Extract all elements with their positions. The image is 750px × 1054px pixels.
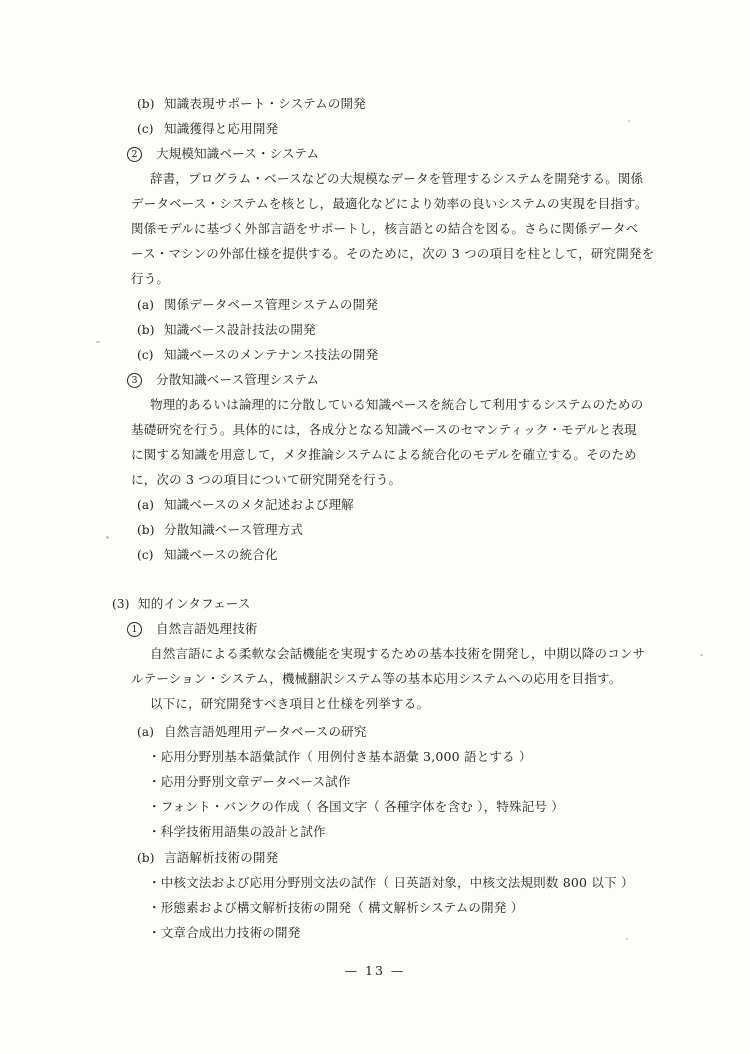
subsection-heading: 2大規模知識ベース・システム: [0, 141, 750, 166]
list-item: (b)知識表現サポート・システムの開発: [0, 91, 750, 116]
paragraph-line: ルテーション・システム，機械翻訳システム等の基本応用システムへの応用を目指す。: [0, 666, 750, 691]
list-item: (c)知識ベースの統合化: [0, 542, 750, 567]
paragraph-line: 以下に，研究開発すべき項目と仕様を列挙する。: [0, 691, 750, 716]
document-page: (b)知識表現サポート・システムの開発 (c)知識獲得と応用開発 2大規模知識ベ…: [0, 0, 750, 1054]
item-marker: (c): [137, 343, 164, 368]
list-item: (b)分散知識ベース管理方式: [0, 517, 750, 542]
item-marker: (b): [137, 92, 164, 117]
item-text: 関係データベース管理システムの開発: [164, 297, 378, 312]
paragraph-line: データベース・システムを核とし，最適化などにより効率の良いシステムの実現を目指す…: [0, 191, 750, 216]
subsection-title: 分散知識ベース管理システム: [156, 372, 319, 387]
scan-speck: [626, 938, 628, 940]
item-text: 知識表現サポート・システムの開発: [164, 96, 366, 111]
subsection-title: 自然言語処理技術: [156, 621, 258, 636]
item-marker: (b): [137, 518, 164, 543]
bullet-item: ・中核文法および応用分野別文法の試作（ 日英語対象，中核文法規則数 800 以下…: [0, 870, 750, 895]
item-text: 知識ベースのメンテナンス技法の開発: [164, 347, 378, 362]
scan-speck: [486, 906, 488, 908]
bullet-item: ・応用分野別基本語彙試作（ 用例付き基本語彙 3,000 語とする ）: [0, 744, 750, 769]
circled-number-icon: 3: [127, 373, 142, 388]
item-marker: (a): [137, 293, 164, 318]
list-item: (a)自然言語処理用データベースの研究: [0, 719, 750, 744]
item-text: 自然言語処理用データベースの研究: [164, 724, 367, 739]
paragraph-line: 基礎研究を行う。具体的には，各成分となる知識ベースのセマンティック・モデルと表現: [0, 417, 750, 442]
paragraph-line: 物理的あるいは論理的に分散している知識ベースを統合して利用するシステムのための: [0, 392, 750, 417]
item-marker: (c): [137, 543, 164, 568]
scan-speck: [96, 341, 100, 343]
subsection-heading: 1自然言語処理技術: [0, 616, 750, 641]
item-text: 知識獲得と応用開発: [164, 121, 278, 136]
scan-speck: [628, 120, 630, 122]
list-item: (c)知識獲得と応用開発: [0, 116, 750, 141]
bullet-item: ・形態素および構文解析技術の開発（ 構文解析システムの開発 ）: [0, 895, 750, 920]
paragraph-line: 行う。: [0, 266, 750, 291]
list-item: (c)知識ベースのメンテナンス技法の開発: [0, 342, 750, 367]
section-title: 知的インタフェース: [138, 596, 251, 611]
list-item: (b)知識ベース設計技法の開発: [0, 317, 750, 342]
item-marker: (c): [137, 117, 164, 142]
scan-speck: [700, 654, 703, 656]
list-item: (b)言語解析技術の開発: [0, 845, 750, 870]
paragraph-line: 自然言語による柔軟な会話機能を実現するための基本技術を開発し，中期以降のコンサ: [0, 641, 750, 666]
item-text: 知識ベースの統合化: [164, 547, 278, 562]
paragraph-line: 辞書，プログラム・ベースなどの大規模なデータを管理するシステムを開発する。関係: [0, 166, 750, 191]
circled-number-icon: 1: [127, 622, 142, 637]
subsection-heading: 3分散知識ベース管理システム: [0, 367, 750, 392]
scan-speck: [106, 536, 109, 539]
list-item: (a)知識ベースのメタ記述および理解: [0, 492, 750, 517]
item-marker: (b): [137, 846, 164, 871]
bullet-item: ・文章合成出力技術の開発: [0, 920, 750, 945]
bullet-item: ・応用分野別文章データベース試作: [0, 769, 750, 794]
paragraph-line: 関係モデルに基づく外部言語をサポートし，核言語との結合を図る。さらに関係データベ: [0, 216, 750, 241]
paragraph-line: に関する知識を用意して，メタ推論システムによる統合化のモデルを確立する。そのため: [0, 442, 750, 467]
bullet-item: ・フォント・バンクの作成（ 各国文字（ 各種字体を含む ），特殊記号 ）: [0, 794, 750, 819]
page-number: — 13 —: [0, 958, 750, 983]
circled-number-icon: 2: [127, 147, 142, 162]
scan-speck: [573, 207, 576, 209]
subsection-title: 大規模知識ベース・システム: [156, 146, 319, 161]
bullet-item: ・科学技術用語集の設計と試作: [0, 819, 750, 844]
item-text: 知識ベース設計技法の開発: [164, 322, 316, 337]
item-text: 知識ベースのメタ記述および理解: [164, 497, 354, 512]
section-marker: (3): [112, 592, 138, 617]
paragraph-line: に，次の 3 つの項目について研究開発を行う。: [0, 467, 750, 492]
paragraph-line: ース・マシンの外部仕様を提供する。そのために，次の 3 つの項目を柱として，研究…: [0, 241, 750, 266]
item-marker: (b): [137, 318, 164, 343]
item-marker: (a): [137, 493, 164, 518]
section-heading: (3)知的インタフェース: [0, 591, 750, 616]
list-item: (a)関係データベース管理システムの開発: [0, 292, 750, 317]
item-text: 言語解析技術の開発: [164, 850, 278, 865]
document-body: (b)知識表現サポート・システムの開発 (c)知識獲得と応用開発 2大規模知識ベ…: [0, 91, 750, 983]
item-marker: (a): [137, 720, 164, 745]
item-text: 分散知識ベース管理方式: [164, 522, 303, 537]
